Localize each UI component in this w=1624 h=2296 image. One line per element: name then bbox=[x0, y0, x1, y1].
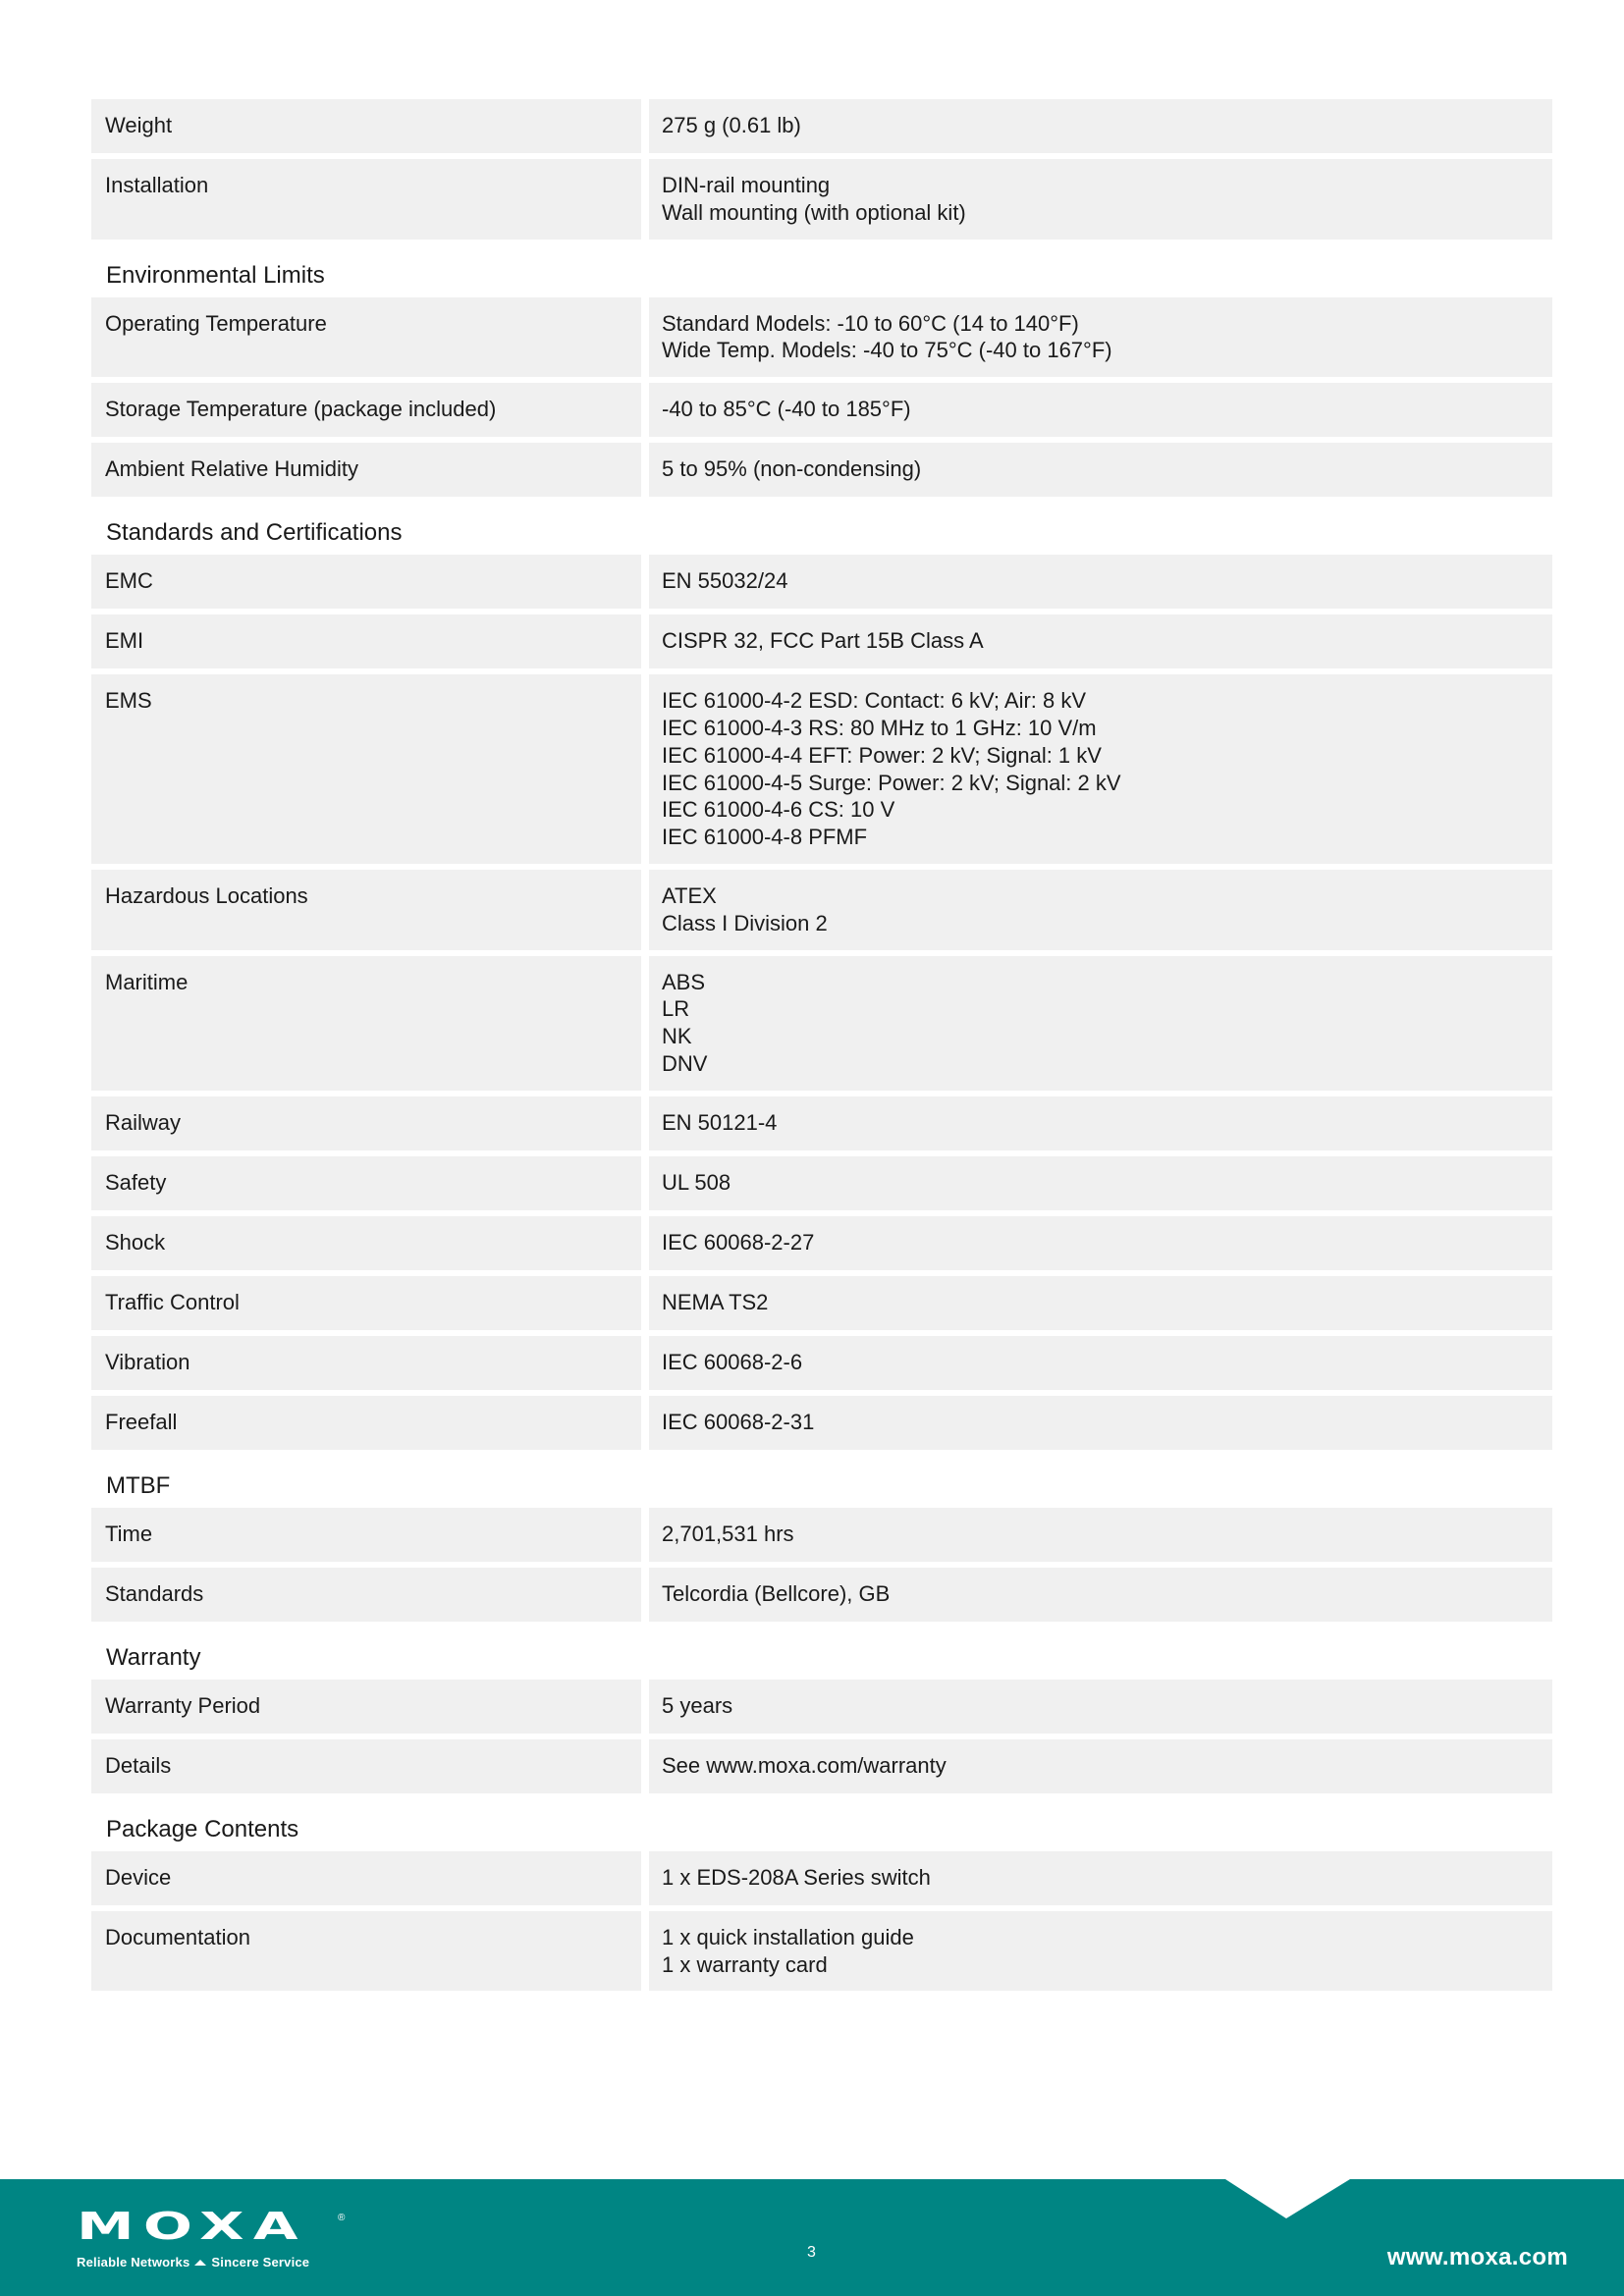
spec-value-line: DNV bbox=[662, 1050, 1539, 1078]
website-url: www.moxa.com bbox=[1387, 2244, 1568, 2271]
spec-value: ATEXClass I Division 2 bbox=[649, 870, 1552, 950]
spec-value: 5 years bbox=[649, 1680, 1552, 1734]
spec-value-line: 2,701,531 hrs bbox=[662, 1521, 1539, 1548]
spec-value: IEC 60068-2-27 bbox=[649, 1216, 1552, 1270]
spec-value-line: See www.moxa.com/warranty bbox=[662, 1752, 1539, 1780]
spec-value-line: IEC 61000-4-2 ESD: Contact: 6 kV; Air: 8… bbox=[662, 687, 1539, 715]
spec-value-line: 1 x EDS-208A Series switch bbox=[662, 1864, 1539, 1892]
spec-value-line: NK bbox=[662, 1023, 1539, 1050]
logo-tagline: Reliable NetworksSincere Service bbox=[77, 2255, 309, 2269]
spec-value: EN 55032/24 bbox=[649, 555, 1552, 609]
spec-label: Weight bbox=[91, 99, 641, 153]
spec-value: EN 50121-4 bbox=[649, 1096, 1552, 1150]
spec-label: Maritime bbox=[91, 956, 641, 1091]
table-row: DetailsSee www.moxa.com/warranty bbox=[91, 1739, 1552, 1793]
spec-value-line: IEC 61000-4-8 PFMF bbox=[662, 824, 1539, 851]
page-number: 3 bbox=[807, 2244, 816, 2262]
spec-value-line: EN 50121-4 bbox=[662, 1109, 1539, 1137]
spec-table: Warranty Period5 yearsDetailsSee www.mox… bbox=[91, 1680, 1552, 1793]
spec-value: See www.moxa.com/warranty bbox=[649, 1739, 1552, 1793]
spec-table: Time2,701,531 hrsStandardsTelcordia (Bel… bbox=[91, 1508, 1552, 1622]
spec-value-line: IEC 61000-4-4 EFT: Power: 2 kV; Signal: … bbox=[662, 742, 1539, 770]
table-row: VibrationIEC 60068-2-6 bbox=[91, 1336, 1552, 1390]
table-row: SafetyUL 508 bbox=[91, 1156, 1552, 1210]
spec-value-line: IEC 60068-2-27 bbox=[662, 1229, 1539, 1256]
table-row: Ambient Relative Humidity5 to 95% (non-c… bbox=[91, 443, 1552, 497]
spec-label: Vibration bbox=[91, 1336, 641, 1390]
logo-wordmark: MOXA bbox=[77, 2209, 307, 2244]
spec-value: CISPR 32, FCC Part 15B Class A bbox=[649, 614, 1552, 668]
spec-table: Operating TemperatureStandard Models: -1… bbox=[91, 297, 1552, 498]
table-row: Time2,701,531 hrs bbox=[91, 1508, 1552, 1562]
spec-value-line: IEC 60068-2-6 bbox=[662, 1349, 1539, 1376]
spec-value: 1 x EDS-208A Series switch bbox=[649, 1851, 1552, 1905]
spec-value-line: -40 to 85°C (-40 to 185°F) bbox=[662, 396, 1539, 423]
table-row: Device1 x EDS-208A Series switch bbox=[91, 1851, 1552, 1905]
spec-label: Ambient Relative Humidity bbox=[91, 443, 641, 497]
spec-value-line: UL 508 bbox=[662, 1169, 1539, 1197]
spec-value-line: ATEX bbox=[662, 882, 1539, 910]
section-heading: MTBF bbox=[91, 1450, 1552, 1508]
table-row: Documentation1 x quick installation guid… bbox=[91, 1911, 1552, 1992]
spec-label: EMC bbox=[91, 555, 641, 609]
tagline-right: Sincere Service bbox=[211, 2255, 309, 2269]
spec-value: ABSLRNKDNV bbox=[649, 956, 1552, 1091]
spec-value: IEC 61000-4-2 ESD: Contact: 6 kV; Air: 8… bbox=[649, 674, 1552, 864]
spec-label: Traffic Control bbox=[91, 1276, 641, 1330]
spec-value-line: 275 g (0.61 lb) bbox=[662, 112, 1539, 139]
spec-label: Operating Temperature bbox=[91, 297, 641, 378]
table-row: EMSIEC 61000-4-2 ESD: Contact: 6 kV; Air… bbox=[91, 674, 1552, 864]
spec-value-line: 1 x quick installation guide bbox=[662, 1924, 1539, 1951]
spec-label: Shock bbox=[91, 1216, 641, 1270]
spec-value: 2,701,531 hrs bbox=[649, 1508, 1552, 1562]
spec-value-line: IEC 61000-4-5 Surge: Power: 2 kV; Signal… bbox=[662, 770, 1539, 797]
spec-value: 275 g (0.61 lb) bbox=[649, 99, 1552, 153]
spec-value-line: LR bbox=[662, 995, 1539, 1023]
table-row: FreefallIEC 60068-2-31 bbox=[91, 1396, 1552, 1450]
registered-mark: ® bbox=[338, 2213, 345, 2223]
spec-label: Hazardous Locations bbox=[91, 870, 641, 950]
spec-label: Details bbox=[91, 1739, 641, 1793]
section-heading: Standards and Certifications bbox=[91, 497, 1552, 555]
spec-value-line: Standard Models: -10 to 60°C (14 to 140°… bbox=[662, 310, 1539, 338]
spec-label: Standards bbox=[91, 1568, 641, 1622]
tagline-left: Reliable Networks bbox=[77, 2255, 189, 2269]
spec-label: Freefall bbox=[91, 1396, 641, 1450]
spec-value-line: IEC 61000-4-3 RS: 80 MHz to 1 GHz: 10 V/… bbox=[662, 715, 1539, 742]
table-row: Hazardous LocationsATEXClass I Division … bbox=[91, 870, 1552, 950]
table-row: EMCEN 55032/24 bbox=[91, 555, 1552, 609]
spec-label: Storage Temperature (package included) bbox=[91, 383, 641, 437]
spec-value-line: Telcordia (Bellcore), GB bbox=[662, 1580, 1539, 1608]
spec-value: -40 to 85°C (-40 to 185°F) bbox=[649, 383, 1552, 437]
moxa-logo: MOXA ® Reliable NetworksSincere Service bbox=[77, 2211, 352, 2269]
spec-value: NEMA TS2 bbox=[649, 1276, 1552, 1330]
spec-value: 1 x quick installation guide1 x warranty… bbox=[649, 1911, 1552, 1992]
table-row: Storage Temperature (package included)-4… bbox=[91, 383, 1552, 437]
page-footer: MOXA ® Reliable NetworksSincere Service … bbox=[0, 2179, 1624, 2296]
spec-label: Railway bbox=[91, 1096, 641, 1150]
spec-value: Standard Models: -10 to 60°C (14 to 140°… bbox=[649, 297, 1552, 378]
spec-label: EMI bbox=[91, 614, 641, 668]
table-row: Warranty Period5 years bbox=[91, 1680, 1552, 1734]
table-row: StandardsTelcordia (Bellcore), GB bbox=[91, 1568, 1552, 1622]
spec-table: Device1 x EDS-208A Series switchDocument… bbox=[91, 1851, 1552, 1992]
spec-label: Device bbox=[91, 1851, 641, 1905]
spec-value-line: EN 55032/24 bbox=[662, 567, 1539, 595]
table-row: ShockIEC 60068-2-27 bbox=[91, 1216, 1552, 1270]
table-row: Traffic ControlNEMA TS2 bbox=[91, 1276, 1552, 1330]
spec-label: EMS bbox=[91, 674, 641, 864]
spec-value-line: ABS bbox=[662, 969, 1539, 996]
section-heading: Warranty bbox=[91, 1622, 1552, 1680]
spec-value-line: 5 years bbox=[662, 1692, 1539, 1720]
spec-label: Warranty Period bbox=[91, 1680, 641, 1734]
triangle-icon bbox=[194, 2260, 206, 2266]
table-row: Weight275 g (0.61 lb) bbox=[91, 99, 1552, 153]
spec-value: IEC 60068-2-6 bbox=[649, 1336, 1552, 1390]
table-row: EMICISPR 32, FCC Part 15B Class A bbox=[91, 614, 1552, 668]
spec-value-line: IEC 60068-2-31 bbox=[662, 1409, 1539, 1436]
spec-label: Installation bbox=[91, 159, 641, 240]
table-row: InstallationDIN-rail mountingWall mounti… bbox=[91, 159, 1552, 240]
table-row: Operating TemperatureStandard Models: -1… bbox=[91, 297, 1552, 378]
spec-value-line: NEMA TS2 bbox=[662, 1289, 1539, 1316]
spec-value-line: Wall mounting (with optional kit) bbox=[662, 199, 1539, 227]
spec-value: UL 508 bbox=[649, 1156, 1552, 1210]
spec-label: Documentation bbox=[91, 1911, 641, 1992]
spec-label: Time bbox=[91, 1508, 641, 1562]
section-heading: Environmental Limits bbox=[91, 240, 1552, 297]
spec-value: 5 to 95% (non-condensing) bbox=[649, 443, 1552, 497]
spec-value: DIN-rail mountingWall mounting (with opt… bbox=[649, 159, 1552, 240]
spec-value-line: Class I Division 2 bbox=[662, 910, 1539, 937]
spec-value-line: CISPR 32, FCC Part 15B Class A bbox=[662, 627, 1539, 655]
section-heading: Package Contents bbox=[91, 1793, 1552, 1851]
table-row: RailwayEN 50121-4 bbox=[91, 1096, 1552, 1150]
spec-value: IEC 60068-2-31 bbox=[649, 1396, 1552, 1450]
spec-sheet: Weight275 g (0.61 lb)InstallationDIN-rai… bbox=[91, 99, 1552, 1991]
spec-table: EMCEN 55032/24EMICISPR 32, FCC Part 15B … bbox=[91, 555, 1552, 1450]
spec-value: Telcordia (Bellcore), GB bbox=[649, 1568, 1552, 1622]
spec-value-line: DIN-rail mounting bbox=[662, 172, 1539, 199]
table-row: MaritimeABSLRNKDNV bbox=[91, 956, 1552, 1091]
spec-value-line: Wide Temp. Models: -40 to 75°C (-40 to 1… bbox=[662, 337, 1539, 364]
spec-value-line: 1 x warranty card bbox=[662, 1951, 1539, 1979]
spec-table: Weight275 g (0.61 lb)InstallationDIN-rai… bbox=[91, 99, 1552, 240]
footer-notch-triangle bbox=[1225, 2179, 1350, 2218]
spec-value-line: IEC 61000-4-6 CS: 10 V bbox=[662, 796, 1539, 824]
spec-value-line: 5 to 95% (non-condensing) bbox=[662, 455, 1539, 483]
spec-label: Safety bbox=[91, 1156, 641, 1210]
